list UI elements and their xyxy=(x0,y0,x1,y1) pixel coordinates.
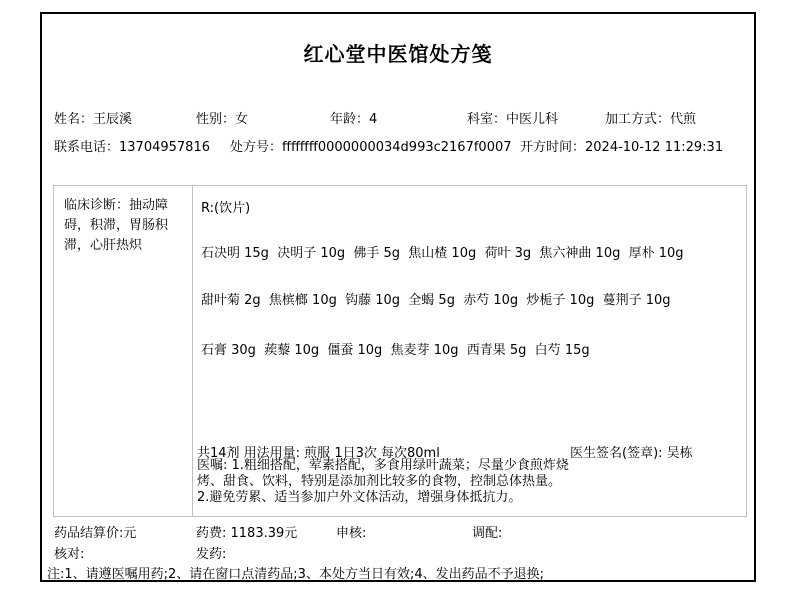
review-label: 申核: xyxy=(336,526,366,541)
check-label: 核对: xyxy=(54,547,84,562)
patient-department-label: 科室： xyxy=(467,112,506,127)
issue-time-value: 2024-10-12 11:29:31 xyxy=(585,140,723,155)
medical-advice: 医嘱: 1.粗细搭配，荤素搭配，多食用绿叶蔬菜；尽量少食煎炸烧烤、甜食、饮料，特… xyxy=(197,458,575,506)
herb-line-3: 石膏 30g 蒺藜 10g 僵蚕 10g 焦麦芽 10g 西青果 5g 白芍 1… xyxy=(201,339,590,358)
footer-note: 注:1、请遵医嘱用药;2、请在窗口点清药品;3、本处方当日有效;4、发出药品不予… xyxy=(47,563,544,582)
rx-header: R:(饮片) xyxy=(201,197,250,216)
medicine-fee-value: 1183.39元 xyxy=(231,526,298,541)
processing-method-field: 加工方式：代煎 xyxy=(605,108,696,127)
phone-field: 联系电话：13704957816 xyxy=(54,136,210,155)
medicine-fee-label: 药费: xyxy=(196,526,231,541)
patient-name-value: 王辰溪 xyxy=(93,112,132,127)
patient-gender-field: 性别：女 xyxy=(196,108,248,127)
page-title: 红心堂中医馆处方笺 xyxy=(40,38,756,67)
processing-method-label: 加工方式： xyxy=(605,112,670,127)
patient-age-field: 年龄：4 xyxy=(330,108,377,127)
phone-value: 13704957816 xyxy=(119,140,210,155)
patient-age-value: 4 xyxy=(369,112,377,127)
settlement-price-field: 药品结算价:元 xyxy=(54,522,136,541)
dispense-field: 发药: xyxy=(196,543,226,562)
patient-name-field: 姓名：王辰溪 xyxy=(54,108,132,127)
processing-method-value: 代煎 xyxy=(670,112,696,127)
check-field: 核对: xyxy=(54,543,84,562)
patient-department-value: 中医儿科 xyxy=(506,112,558,127)
issue-time-field: 开方时间：2024-10-12 11:29:31 xyxy=(520,136,723,155)
diagnosis-divider xyxy=(192,185,193,517)
medicine-fee-field: 药费: 1183.39元 xyxy=(196,522,297,541)
rx-number-label: 处方号： xyxy=(230,140,282,155)
herb-line-1: 石决明 15g 决明子 10g 佛手 5g 焦山楂 10g 荷叶 3g 焦六神曲… xyxy=(201,242,684,261)
clinical-diagnosis: 临床诊断：抽动障碍，积滞，胃肠积滞，心肝热炽 xyxy=(64,196,190,256)
issue-time-label: 开方时间： xyxy=(520,140,585,155)
patient-name-label: 姓名： xyxy=(54,112,93,127)
rx-number-value: ffffffff0000000034d993c2167f0007 xyxy=(282,140,512,155)
herb-line-2: 甜叶菊 2g 焦槟榔 10g 钩藤 10g 全蝎 5g 赤芍 10g 炒栀子 1… xyxy=(201,289,671,308)
dispense-label: 发药: xyxy=(196,547,226,562)
doctor-signature-label: 医生签名(签章): xyxy=(570,446,667,461)
diagnosis-label: 临床诊断： xyxy=(64,198,129,213)
settlement-price-value: 元 xyxy=(123,526,136,541)
patient-gender-label: 性别： xyxy=(196,112,235,127)
prepare-field: 调配: xyxy=(472,522,502,541)
rx-number-field: 处方号：ffffffff0000000034d993c2167f0007 xyxy=(230,136,512,155)
patient-age-label: 年龄： xyxy=(330,112,369,127)
doctor-signature: 医生签名(签章): 吴栋 xyxy=(570,442,693,461)
prescription-page: 红心堂中医馆处方笺 姓名：王辰溪 性别：女 年龄：4 科室：中医儿科 加工方式：… xyxy=(0,0,800,600)
prepare-label: 调配: xyxy=(472,526,502,541)
settlement-price-label: 药品结算价: xyxy=(54,526,123,541)
patient-department-field: 科室：中医儿科 xyxy=(467,108,558,127)
review-field: 申核: xyxy=(336,522,366,541)
patient-gender-value: 女 xyxy=(235,112,248,127)
doctor-signature-value: 吴栋 xyxy=(667,446,693,461)
phone-label: 联系电话： xyxy=(54,140,119,155)
